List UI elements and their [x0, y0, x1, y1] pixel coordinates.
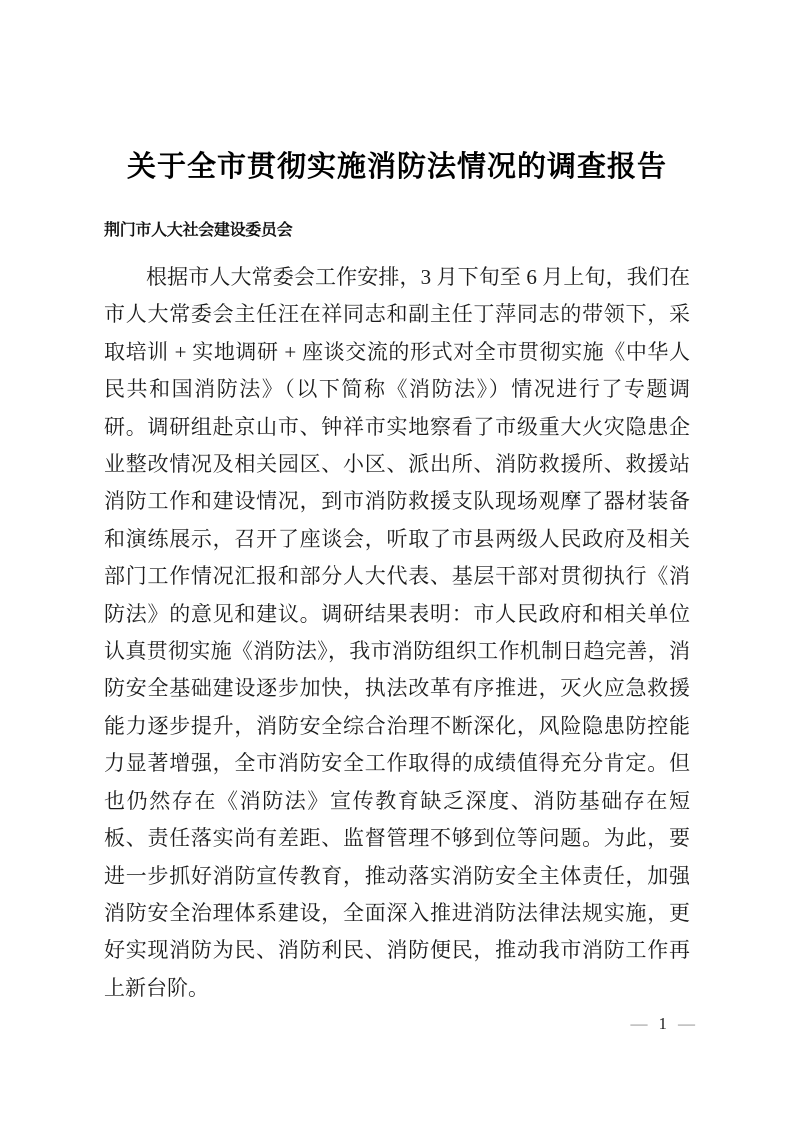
document-title: 关于全市贯彻实施消防法情况的调查报告: [104, 150, 690, 185]
document-page: 关于全市贯彻实施消防法情况的调查报告 荆门市人大社会建设委员会 根据市人大常委会…: [0, 0, 793, 1122]
footer-dash-left: —: [631, 1014, 648, 1033]
byline-author: 荆门市人大社会建设委员会: [104, 221, 292, 240]
page-number: 1: [659, 1014, 668, 1033]
page-footer: —1—: [631, 1014, 696, 1034]
footer-dash-right: —: [678, 1014, 695, 1033]
body-paragraph: 根据市人大常委会工作安排，3 月下旬至 6 月上旬，我们在市人大常委会主任汪在祥…: [104, 259, 690, 1007]
